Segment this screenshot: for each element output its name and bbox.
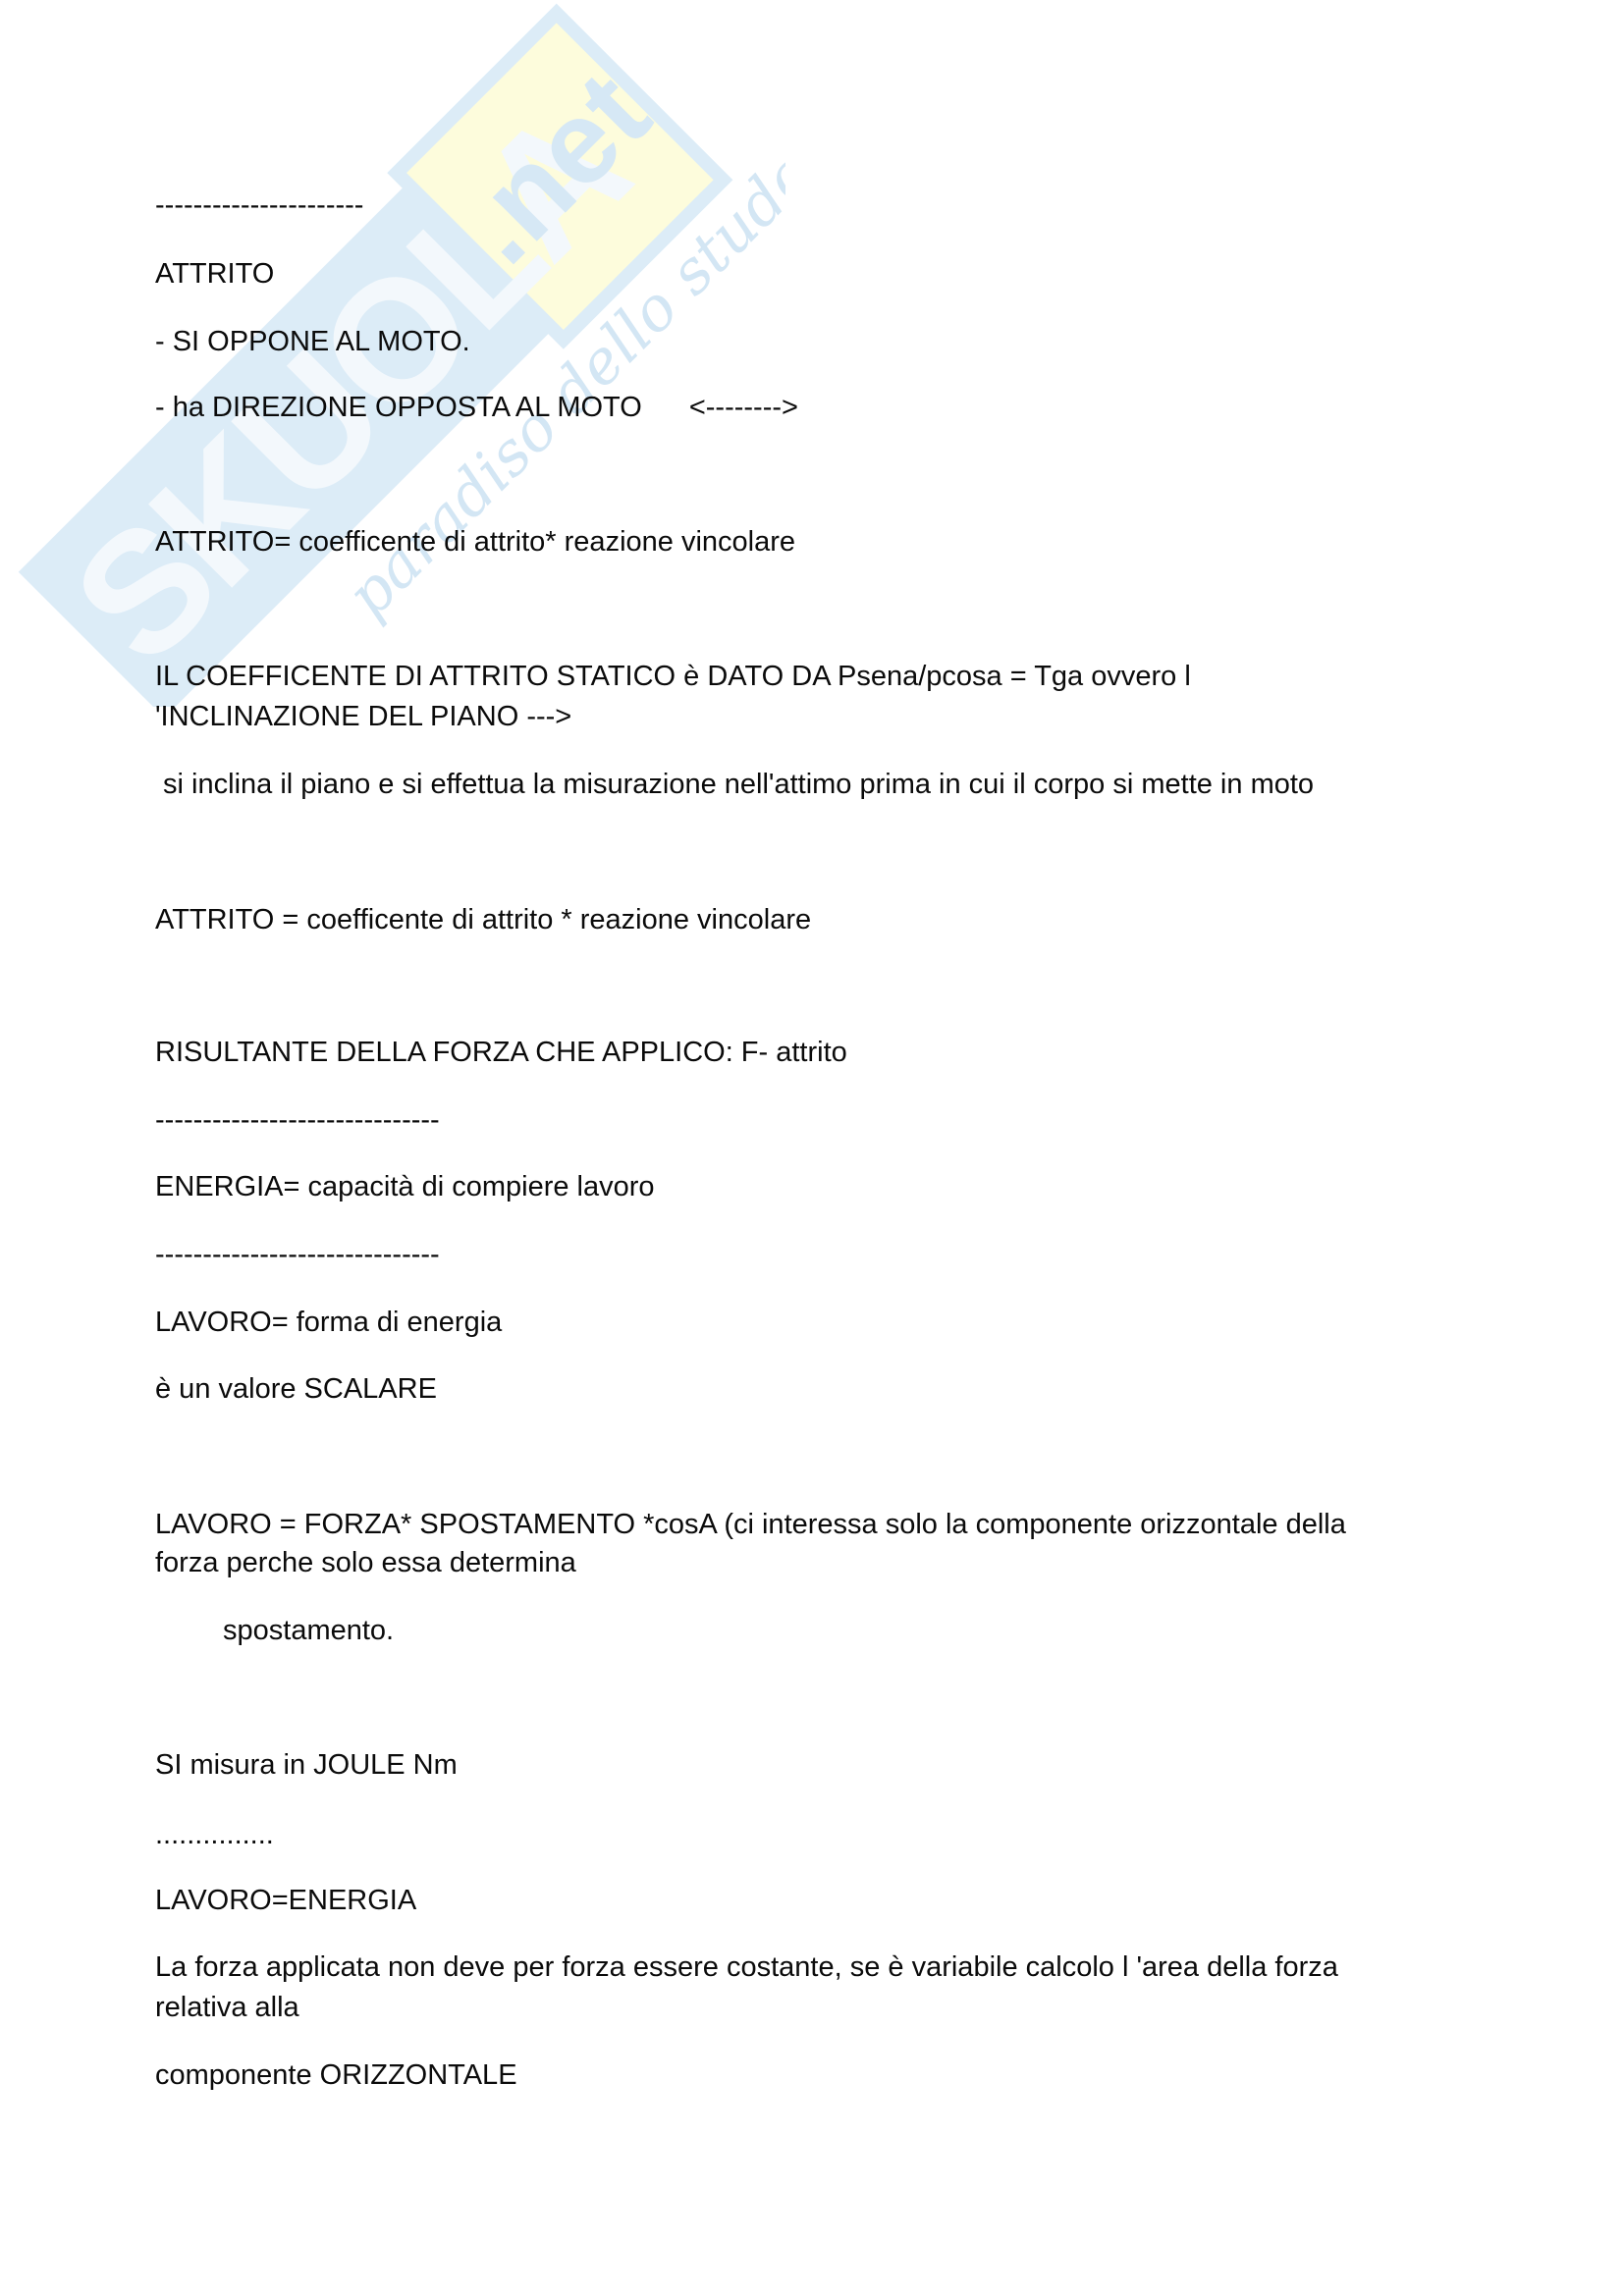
- paragraph-variable-force: La forza applicata non deve per forza es…: [155, 1950, 1338, 1984]
- work-equals-energy: LAVORO=ENERGIA: [155, 1884, 416, 1917]
- horizontal-component: componente ORIZZONTALE: [155, 2058, 517, 2092]
- bullet-opposes-motion: - SI OPPONE AL MOTO.: [155, 325, 470, 358]
- formula-friction: ATTRITO= coefficente di attrito* reazion…: [155, 525, 795, 559]
- paragraph-static-coefficient-cont: 'INCLINAZIONE DEL PIANO --->: [155, 700, 571, 733]
- definition-energy: ENERGIA= capacità di compiere lavoro: [155, 1170, 655, 1203]
- separator-dashes: ------------------------------: [155, 1103, 440, 1137]
- work-scalar-note: è un valore SCALARE: [155, 1372, 437, 1406]
- unit-joule: SI misura in JOULE Nm: [155, 1748, 458, 1782]
- formula-work: LAVORO = FORZA* SPOSTAMENTO *cosA (ci in…: [155, 1508, 1346, 1541]
- watermark-brand-text: SKUOLA: [38, 75, 663, 699]
- separator-dots: ...............: [155, 1818, 274, 1851]
- bullet-text: - ha DIREZIONE OPPOSTA AL MOTO: [155, 392, 642, 423]
- definition-work: LAVORO= forma di energia: [155, 1306, 502, 1339]
- double-arrow-glyph: <-------->: [689, 392, 798, 423]
- document-page: SKUOLA .net paradiso dello studente ----…: [0, 0, 1623, 2296]
- paragraph-resultant-force: RISULTANTE DELLA FORZA CHE APPLICO: F- a…: [155, 1036, 847, 1069]
- formula-work-cont-indented: spostamento.: [223, 1614, 394, 1647]
- watermark-suffix-text: .net: [433, 47, 675, 289]
- paragraph-static-coefficient: IL COEFFICENTE DI ATTRITO STATICO è DATO…: [155, 660, 1191, 693]
- separator-dashes: ----------------------: [155, 188, 363, 222]
- separator-dashes: ------------------------------: [155, 1238, 440, 1271]
- heading-attrito: ATTRITO: [155, 257, 274, 291]
- bullet-opposite-direction: - ha DIREZIONE OPPOSTA AL MOTO<-------->: [155, 391, 798, 424]
- paragraph-incline-measurement: si inclina il piano e si effettua la mis…: [155, 768, 1314, 801]
- formula-friction-2: ATTRITO = coefficente di attrito * reazi…: [155, 903, 811, 936]
- paragraph-variable-force-cont: relativa alla: [155, 1991, 299, 2024]
- formula-work-cont: forza perche solo essa determina: [155, 1546, 576, 1579]
